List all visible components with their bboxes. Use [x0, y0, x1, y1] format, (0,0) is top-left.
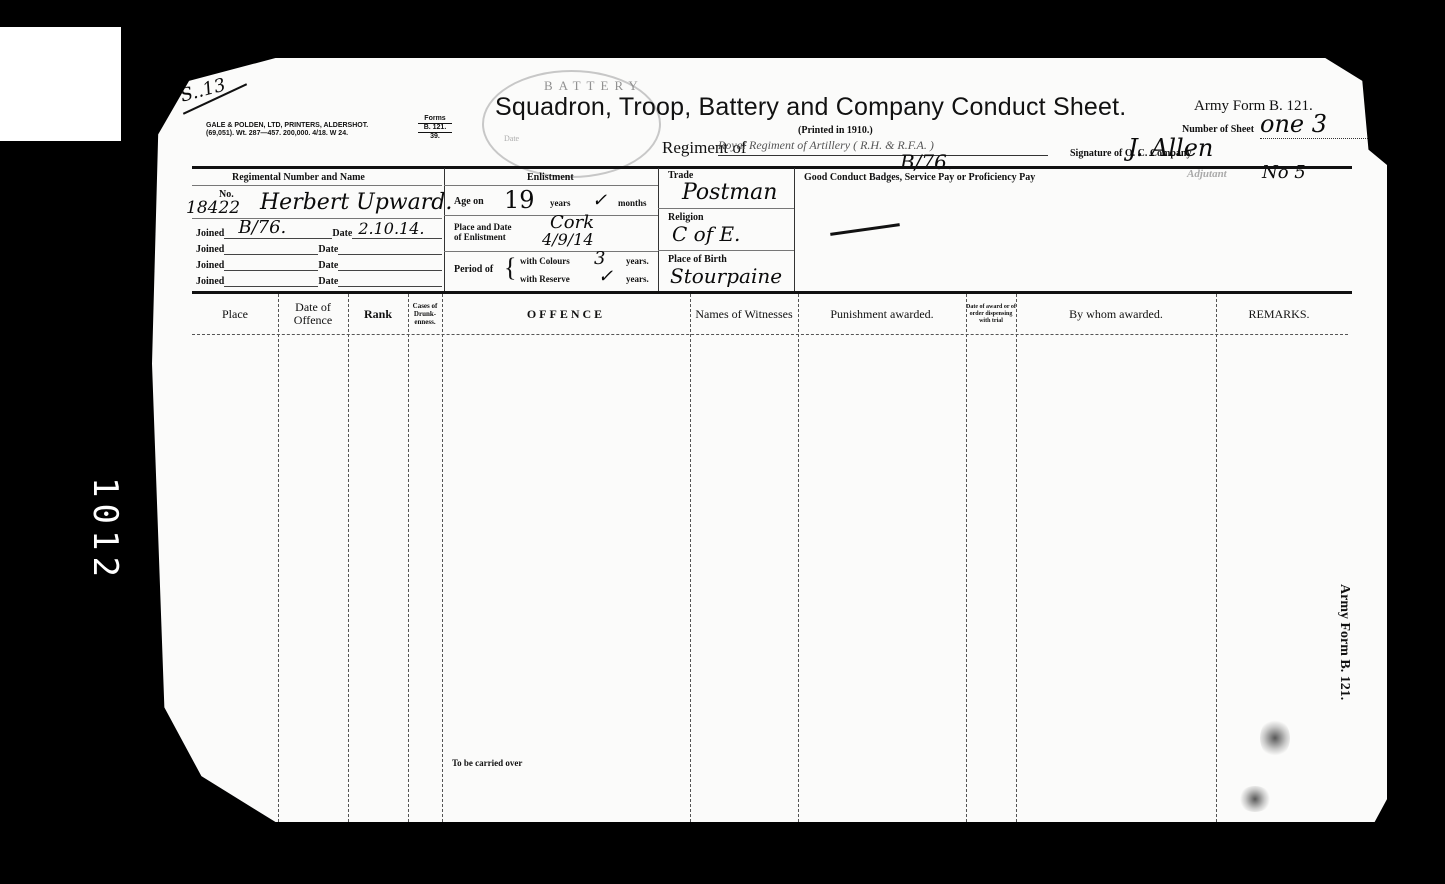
divider [444, 251, 658, 252]
joined-date [338, 270, 442, 271]
col-award-date: Date of award or of order dispensing wit… [966, 294, 1016, 334]
regimental-heading: Regimental Number and Name [232, 172, 365, 183]
colours-label: with Colours [520, 256, 570, 266]
birth-value: Stourpaine [670, 264, 782, 288]
conduct-sheet-page: S..13 GALE & POLDEN, LTD, PRINTERS, ALDE… [152, 58, 1387, 822]
age-value: 19 [504, 186, 535, 214]
enlistment-date: 4/9/14 [542, 230, 594, 249]
reserve-value: ✓ [598, 266, 613, 287]
vertical-form-id: Army Form B. 121. [1336, 584, 1352, 700]
colours-years: years. [626, 256, 649, 266]
col-rank: Rank [348, 296, 408, 332]
col-witnesses: Names of Witnesses [690, 296, 798, 332]
divider [658, 208, 794, 209]
carried-over-label: To be carried over [452, 758, 522, 768]
joined-date: 2.10.14. [352, 219, 442, 239]
scan-label-tab [0, 27, 121, 141]
col-punishment: Punishment awarded. [798, 296, 966, 332]
divider [658, 250, 794, 251]
printer-imprint: GALE & POLDEN, LTD, PRINTERS, ALDERSHOT.… [206, 122, 368, 138]
regiment-value: Royal Regiment of Artillery ( R.H. & R.F… [718, 138, 1048, 156]
col-divider [278, 294, 279, 822]
joined-row: Joined Date [196, 271, 442, 287]
joined-value: B/76. [224, 217, 332, 239]
divider [794, 168, 795, 292]
sheet-title: Squadron, Troop, Battery and Company Con… [495, 93, 1126, 122]
col-place: Place [192, 296, 278, 332]
divider [444, 168, 445, 292]
joined-date [338, 286, 442, 287]
divider [444, 185, 658, 186]
number-of-sheet-value: one 3 [1260, 110, 1370, 139]
col-drunkenness: Cases of Drunk-enness. [408, 296, 442, 332]
signature-value: J. Allen [1128, 134, 1213, 162]
joined-value [224, 270, 318, 271]
divider [192, 185, 442, 186]
col-remarks: REMARKS. [1216, 296, 1342, 332]
joined-row: Joined Date [196, 255, 442, 271]
period-label: Period of [454, 264, 493, 275]
joined-row: Joined Date [196, 239, 442, 255]
brace: { [504, 255, 516, 281]
col-divider [966, 294, 967, 822]
printed-year: (Printed in 1910.) [798, 125, 873, 136]
joined-row: Joined B/76. Date 2.10.14. [196, 223, 442, 239]
enlistment-heading: Enlistment [527, 172, 574, 183]
months-label: months [618, 198, 647, 208]
header-bottom-rule [192, 334, 1348, 335]
col-divider [348, 294, 349, 822]
col-date-of-offence: Date of Offence [278, 296, 348, 332]
table-top-rule [192, 291, 1352, 294]
religion-value: C of E. [672, 222, 740, 246]
scan-frame-number: 1012 [60, 460, 150, 600]
regiment-handwritten: B/76. [900, 150, 953, 174]
col-divider [1016, 294, 1017, 822]
joined-list: Joined B/76. Date 2.10.14. Joined Date J… [196, 223, 442, 287]
corner-annotation: S..13 [178, 74, 228, 106]
col-divider [1216, 294, 1217, 822]
ink-smudge [1238, 786, 1272, 812]
months-value: ✓ [592, 190, 607, 211]
regimental-number: 18422 [186, 198, 240, 218]
ink-smudge [1260, 718, 1290, 758]
years-label: years [550, 198, 571, 208]
col-divider [798, 294, 799, 822]
reserve-label: with Reserve [520, 274, 570, 284]
adjutant-stamp: Adjutant [1187, 168, 1227, 180]
battery-stamp: BATTERY Date [482, 70, 661, 178]
divider [658, 168, 659, 292]
col-divider [442, 294, 443, 822]
col-offence: OFFENCE [442, 296, 690, 332]
reserve-years: years. [626, 274, 649, 284]
age-label: Age on [454, 196, 484, 207]
col-divider [408, 294, 409, 822]
soldier-name: Herbert Upward. [260, 190, 452, 215]
good-conduct-label: Good Conduct Badges, Service Pay or Prof… [804, 172, 1035, 183]
col-divider [690, 294, 691, 822]
header-rule [192, 166, 1352, 169]
joined-value [224, 286, 318, 287]
trade-value: Postman [682, 180, 777, 205]
place-date-label: Place and Date of Enlistment [454, 222, 512, 242]
joined-date [338, 254, 442, 255]
good-conduct-dash [830, 223, 900, 236]
col-by-whom: By whom awarded. [1016, 296, 1216, 332]
forms-code: Forms B. 121. 39. [418, 115, 452, 141]
joined-value [224, 254, 318, 255]
